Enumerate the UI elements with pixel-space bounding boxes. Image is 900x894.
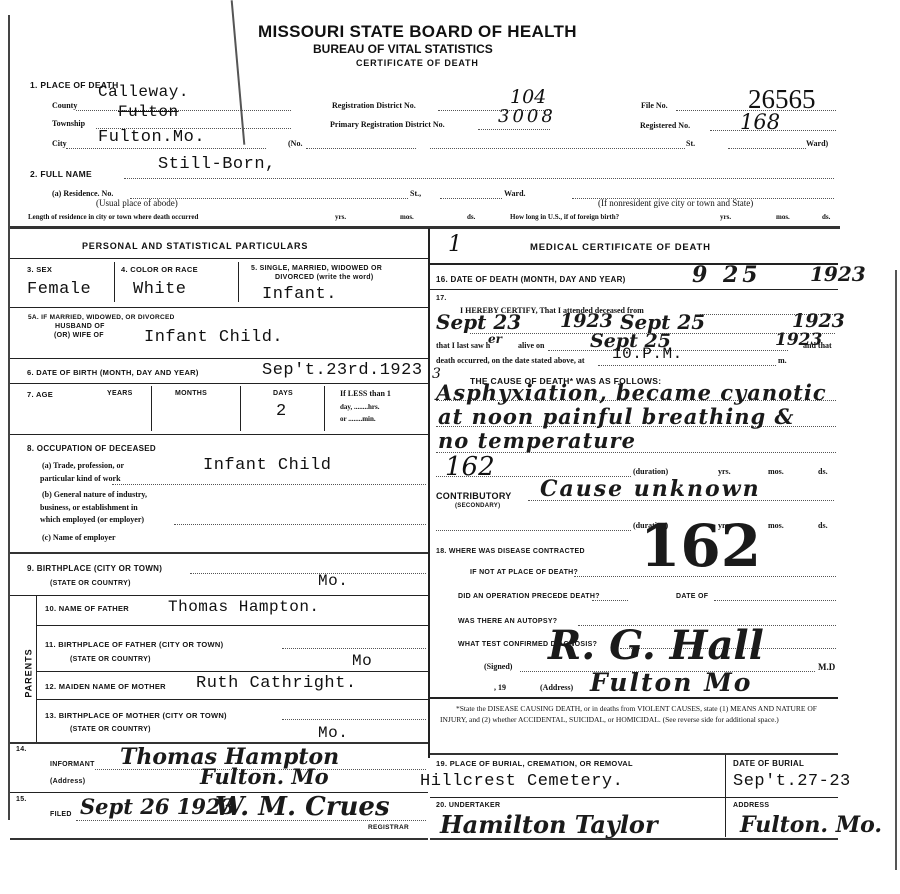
spouse-label-3: (OR) WIFE OF xyxy=(54,332,104,339)
certificate-title: CERTIFICATE OF DEATH xyxy=(356,58,479,68)
rule xyxy=(10,434,428,435)
registrar-label: REGISTRAR xyxy=(368,824,409,831)
father-state-label: (STATE OR COUNTRY) xyxy=(70,656,151,663)
trade-line xyxy=(112,484,426,485)
residence-ward-label: Ward. xyxy=(504,189,526,198)
dob-value: Sep't.23rd.1923 xyxy=(262,361,423,380)
foreign-yrs-label: yrs. xyxy=(720,213,731,221)
township-value: Fulton xyxy=(118,103,179,121)
death-time-value: 10.P.M. xyxy=(612,345,683,363)
operation-line xyxy=(592,600,628,601)
personal-heading: PERSONAL AND STATISTICAL PARTICULARS xyxy=(82,241,308,251)
residence-label: (a) Residence. No. xyxy=(52,189,113,198)
undertaker-label: 20. UNDERTAKER xyxy=(436,802,500,809)
primary-district-label: Primary Registration District No. xyxy=(330,120,445,129)
street-line xyxy=(430,148,685,149)
contracted-line xyxy=(574,576,836,577)
residence-sub: (Usual place of abode) xyxy=(96,198,178,208)
registration-district-label: Registration District No. xyxy=(332,101,416,110)
industry-label: (b) General nature of industry, xyxy=(42,490,147,499)
last-saw-label: that I last saw h xyxy=(436,341,490,350)
informant-num: 14. xyxy=(16,746,27,753)
cause-line-1: Asphyxiation, became cyanotic xyxy=(436,380,827,405)
form-subtitle: BUREAU OF VITAL STATISTICS xyxy=(313,42,493,56)
rule xyxy=(430,263,838,265)
rule-v xyxy=(36,596,37,742)
race-label: 4. COLOR OR RACE xyxy=(121,265,198,274)
m-label: m. xyxy=(778,356,787,365)
time-line xyxy=(598,365,776,366)
father-birthplace-line xyxy=(282,648,426,649)
undertaker-address-label: ADDRESS xyxy=(733,802,769,809)
annotation-mark: 162 xyxy=(445,452,495,482)
duration-line-2 xyxy=(436,530,631,531)
divider-top xyxy=(10,226,840,229)
trade-label-2: particular kind of work xyxy=(40,474,121,483)
file-no-label: File No. xyxy=(641,101,668,110)
duration-mos-2: mos. xyxy=(768,521,784,530)
birthplace-label: 9. BIRTHPLACE (CITY OR TOWN) xyxy=(27,564,162,573)
father-name-value: Thomas Hampton. xyxy=(168,598,320,616)
birthplace-state-label: (STATE OR COUNTRY) xyxy=(50,580,131,587)
form-title: MISSOURI STATE BOARD OF HEALTH xyxy=(258,22,577,42)
months-label: MONTHS xyxy=(175,390,207,397)
dob-label: 6. DATE OF BIRTH (MONTH, DAY AND YEAR) xyxy=(27,368,199,377)
employer-label: (c) Name of employer xyxy=(42,533,116,542)
county-line xyxy=(76,110,291,111)
rule xyxy=(36,699,428,700)
mother-state-label: (STATE OR COUNTRY) xyxy=(70,726,151,733)
occupation-value: Infant Child xyxy=(203,456,331,475)
nonresident-note: (If nonresident give city or town and St… xyxy=(598,198,753,208)
filed-value: Sept 26 1923 xyxy=(80,794,235,819)
cause-line-2: at noon painful breathing & xyxy=(438,404,795,429)
duration-mos: mos. xyxy=(768,467,784,476)
length-residence-label: Length of residence in city or town wher… xyxy=(28,213,198,221)
foreign-mos-label: mos. xyxy=(776,213,790,221)
operation-label: DID AN OPERATION PRECEDE DEATH? xyxy=(458,593,600,600)
rule xyxy=(10,595,428,596)
rule-v xyxy=(240,386,241,431)
operation-date-label: DATE OF xyxy=(676,593,708,600)
burial-place-value: Hillcrest Cemetery. xyxy=(420,772,623,791)
full-name-value: Still-Born, xyxy=(158,155,276,174)
registration-district-value: 104 xyxy=(510,86,546,108)
st-label: St. xyxy=(686,139,695,148)
birthplace-line xyxy=(190,573,426,574)
city-label: City xyxy=(52,139,67,148)
death-date-value: 9 25 xyxy=(692,262,762,288)
parents-label: PARENTS xyxy=(24,648,34,697)
spouse-label-2: HUSBAND OF xyxy=(55,323,105,330)
county-value: Calleway. xyxy=(98,83,189,101)
spouse-label: 5A. IF MARRIED, WIDOWED, OR DIVORCED xyxy=(28,314,175,321)
rule xyxy=(36,625,428,626)
undertaker-address-value: Fulton. Mo. xyxy=(740,812,882,838)
large-handwritten-number: 162 xyxy=(640,512,761,580)
secondary-label: (SECONDARY) xyxy=(455,503,500,509)
foreign-ds-label: ds. xyxy=(822,213,830,221)
column-divider xyxy=(428,228,430,758)
foreign-birth-label: How long in U.S., if of foreign birth? xyxy=(510,213,619,221)
contributory-value: Cause unknown xyxy=(540,476,761,502)
md-label: M.D xyxy=(818,662,835,672)
alive-on-label: alive on xyxy=(518,341,544,350)
duration-yrs: yrs. xyxy=(718,467,731,476)
burial-date-value: Sep't.27-23 xyxy=(733,772,851,791)
rule xyxy=(10,307,428,308)
rule-v xyxy=(238,262,239,302)
rule xyxy=(430,797,838,798)
ward-label: Ward) xyxy=(806,139,828,148)
footnote: *State the DISEASE CAUSING DEATH, or in … xyxy=(440,703,834,725)
full-name-line xyxy=(124,178,834,179)
marital-label-2: DIVORCED (write the word) xyxy=(275,274,374,281)
father-name-label: 10. NAME OF FATHER xyxy=(45,604,129,613)
age-label: 7. AGE xyxy=(27,390,53,399)
death-year-value: 1923 xyxy=(810,262,866,286)
informant-address-label: (Address) xyxy=(50,778,85,785)
fold-mark xyxy=(231,0,246,145)
mother-birthplace-label: 13. BIRTHPLACE OF MOTHER (CITY OR TOWN) xyxy=(45,711,227,720)
duration-ds-2: ds. xyxy=(818,521,828,530)
occupation-label: 8. OCCUPATION OF DECEASED xyxy=(27,444,156,453)
min-label: or ........min. xyxy=(340,415,376,423)
rule xyxy=(36,671,428,672)
certify-num: 17. xyxy=(436,295,447,302)
contracted-label-2: IF NOT AT PLACE OF DEATH? xyxy=(470,569,578,576)
registrar-signature: W. M. Crues xyxy=(215,792,390,822)
rule xyxy=(430,697,838,699)
less-than-label: If LESS than 1 xyxy=(340,389,391,398)
filed-num: 15. xyxy=(16,796,27,803)
death-date-label: 16. DATE OF DEATH (MONTH, DAY AND YEAR) xyxy=(436,275,626,284)
mos-label: mos. xyxy=(400,213,414,221)
contributory-label: CONTRIBUTORY xyxy=(436,491,512,501)
registered-no-value: 168 xyxy=(740,110,780,134)
physician-address-label: (Address) xyxy=(540,683,573,692)
father-birthplace-label: 11. BIRTHPLACE OF FATHER (CITY OR TOWN) xyxy=(45,640,223,649)
industry-label-3: which employed (or employer) xyxy=(40,515,144,524)
city-value: Fulton.Mo. xyxy=(98,128,205,147)
no-label: (No. xyxy=(288,139,302,148)
medical-heading: MEDICAL CERTIFICATE OF DEATH xyxy=(530,242,711,253)
burial-date-label: DATE OF BURIAL xyxy=(733,759,804,768)
physician-signature: R. G. Hall xyxy=(548,622,764,669)
rule xyxy=(10,838,428,840)
cause-line-3: no temperature xyxy=(438,428,636,453)
mother-birthplace-value: Mo. xyxy=(318,724,348,742)
operation-date-line xyxy=(714,600,836,601)
duration-ds: ds. xyxy=(818,467,828,476)
rule xyxy=(10,258,428,259)
industry-label-2: business, or establishment in xyxy=(40,503,138,512)
attended-from-value: Sept 23 xyxy=(436,310,521,334)
hrs-label: day, ........hrs. xyxy=(340,403,379,411)
left-border xyxy=(8,15,10,820)
industry-line xyxy=(174,524,426,525)
duration-label: (duration) xyxy=(633,467,668,476)
attended-from-year: 1923 xyxy=(560,310,613,332)
county-label: County xyxy=(52,101,77,110)
city-line xyxy=(66,148,266,149)
undertaker-value: Hamilton Taylor xyxy=(440,810,658,839)
days-label: DAYS xyxy=(273,390,293,397)
yrs-label: yrs. xyxy=(335,213,346,221)
physician-address-value: Fulton Mo xyxy=(590,668,752,697)
residence-st-label: St., xyxy=(410,189,421,198)
ds-label: ds. xyxy=(467,213,475,221)
rule xyxy=(430,753,838,755)
signed-year-label: , 19 xyxy=(494,683,506,692)
days-value: 2 xyxy=(276,402,287,421)
and-that-label: and that xyxy=(803,341,832,350)
death-time-label: death occurred, on the date stated above… xyxy=(436,356,585,365)
signed-label: (Signed) xyxy=(484,662,512,671)
sex-label: 3. SEX xyxy=(27,265,52,274)
filed-label: FILED xyxy=(50,811,72,818)
contracted-label: 18. WHERE WAS DISEASE CONTRACTED xyxy=(436,548,585,555)
right-border xyxy=(895,270,897,870)
marital-label: 5. SINGLE, MARRIED, WIDOWED OR xyxy=(251,265,382,272)
rule-v xyxy=(324,386,325,431)
autopsy-label: WAS THERE AN AUTOPSY? xyxy=(458,618,557,625)
spouse-value: Infant Child. xyxy=(144,328,283,347)
marginal-mark: 1 xyxy=(448,232,462,257)
primary-district-value: 3008 xyxy=(498,106,556,127)
rule xyxy=(10,383,428,384)
rule xyxy=(10,552,428,554)
last-saw-pronoun: er xyxy=(488,332,502,346)
rule-v xyxy=(725,755,726,837)
informant-label: INFORMANT xyxy=(50,761,95,768)
primary-district-line xyxy=(478,129,550,130)
registered-no-label: Registered No. xyxy=(640,121,690,130)
race-value: White xyxy=(133,280,187,299)
rule-v xyxy=(114,262,115,302)
years-label: YEARS xyxy=(107,390,133,397)
street-no-line xyxy=(306,148,416,149)
burial-place-label: 19. PLACE OF BURIAL, CREMATION, OR REMOV… xyxy=(436,759,633,768)
rule xyxy=(430,289,838,290)
rule xyxy=(10,358,428,359)
mother-name-label: 12. MAIDEN NAME OF MOTHER xyxy=(45,682,166,691)
rule-v xyxy=(151,386,152,431)
father-birthplace-value: Mo xyxy=(352,652,372,670)
residence-ward-line xyxy=(440,198,502,199)
mother-name-value: Ruth Cathright. xyxy=(196,674,357,693)
sex-value: Female xyxy=(27,280,91,299)
full-name-label: 2. FULL NAME xyxy=(30,169,92,179)
township-label: Township xyxy=(52,119,85,128)
informant-address-value: Fulton. Mo xyxy=(200,764,329,789)
ward-line xyxy=(728,148,806,149)
mother-birthplace-line xyxy=(282,719,426,720)
birthplace-value: Mo. xyxy=(318,572,348,590)
rule xyxy=(430,838,838,840)
attended-to-year: 1923 xyxy=(792,310,845,332)
trade-label: (a) Trade, profession, or xyxy=(42,461,124,470)
marital-value: Infant. xyxy=(262,285,337,304)
